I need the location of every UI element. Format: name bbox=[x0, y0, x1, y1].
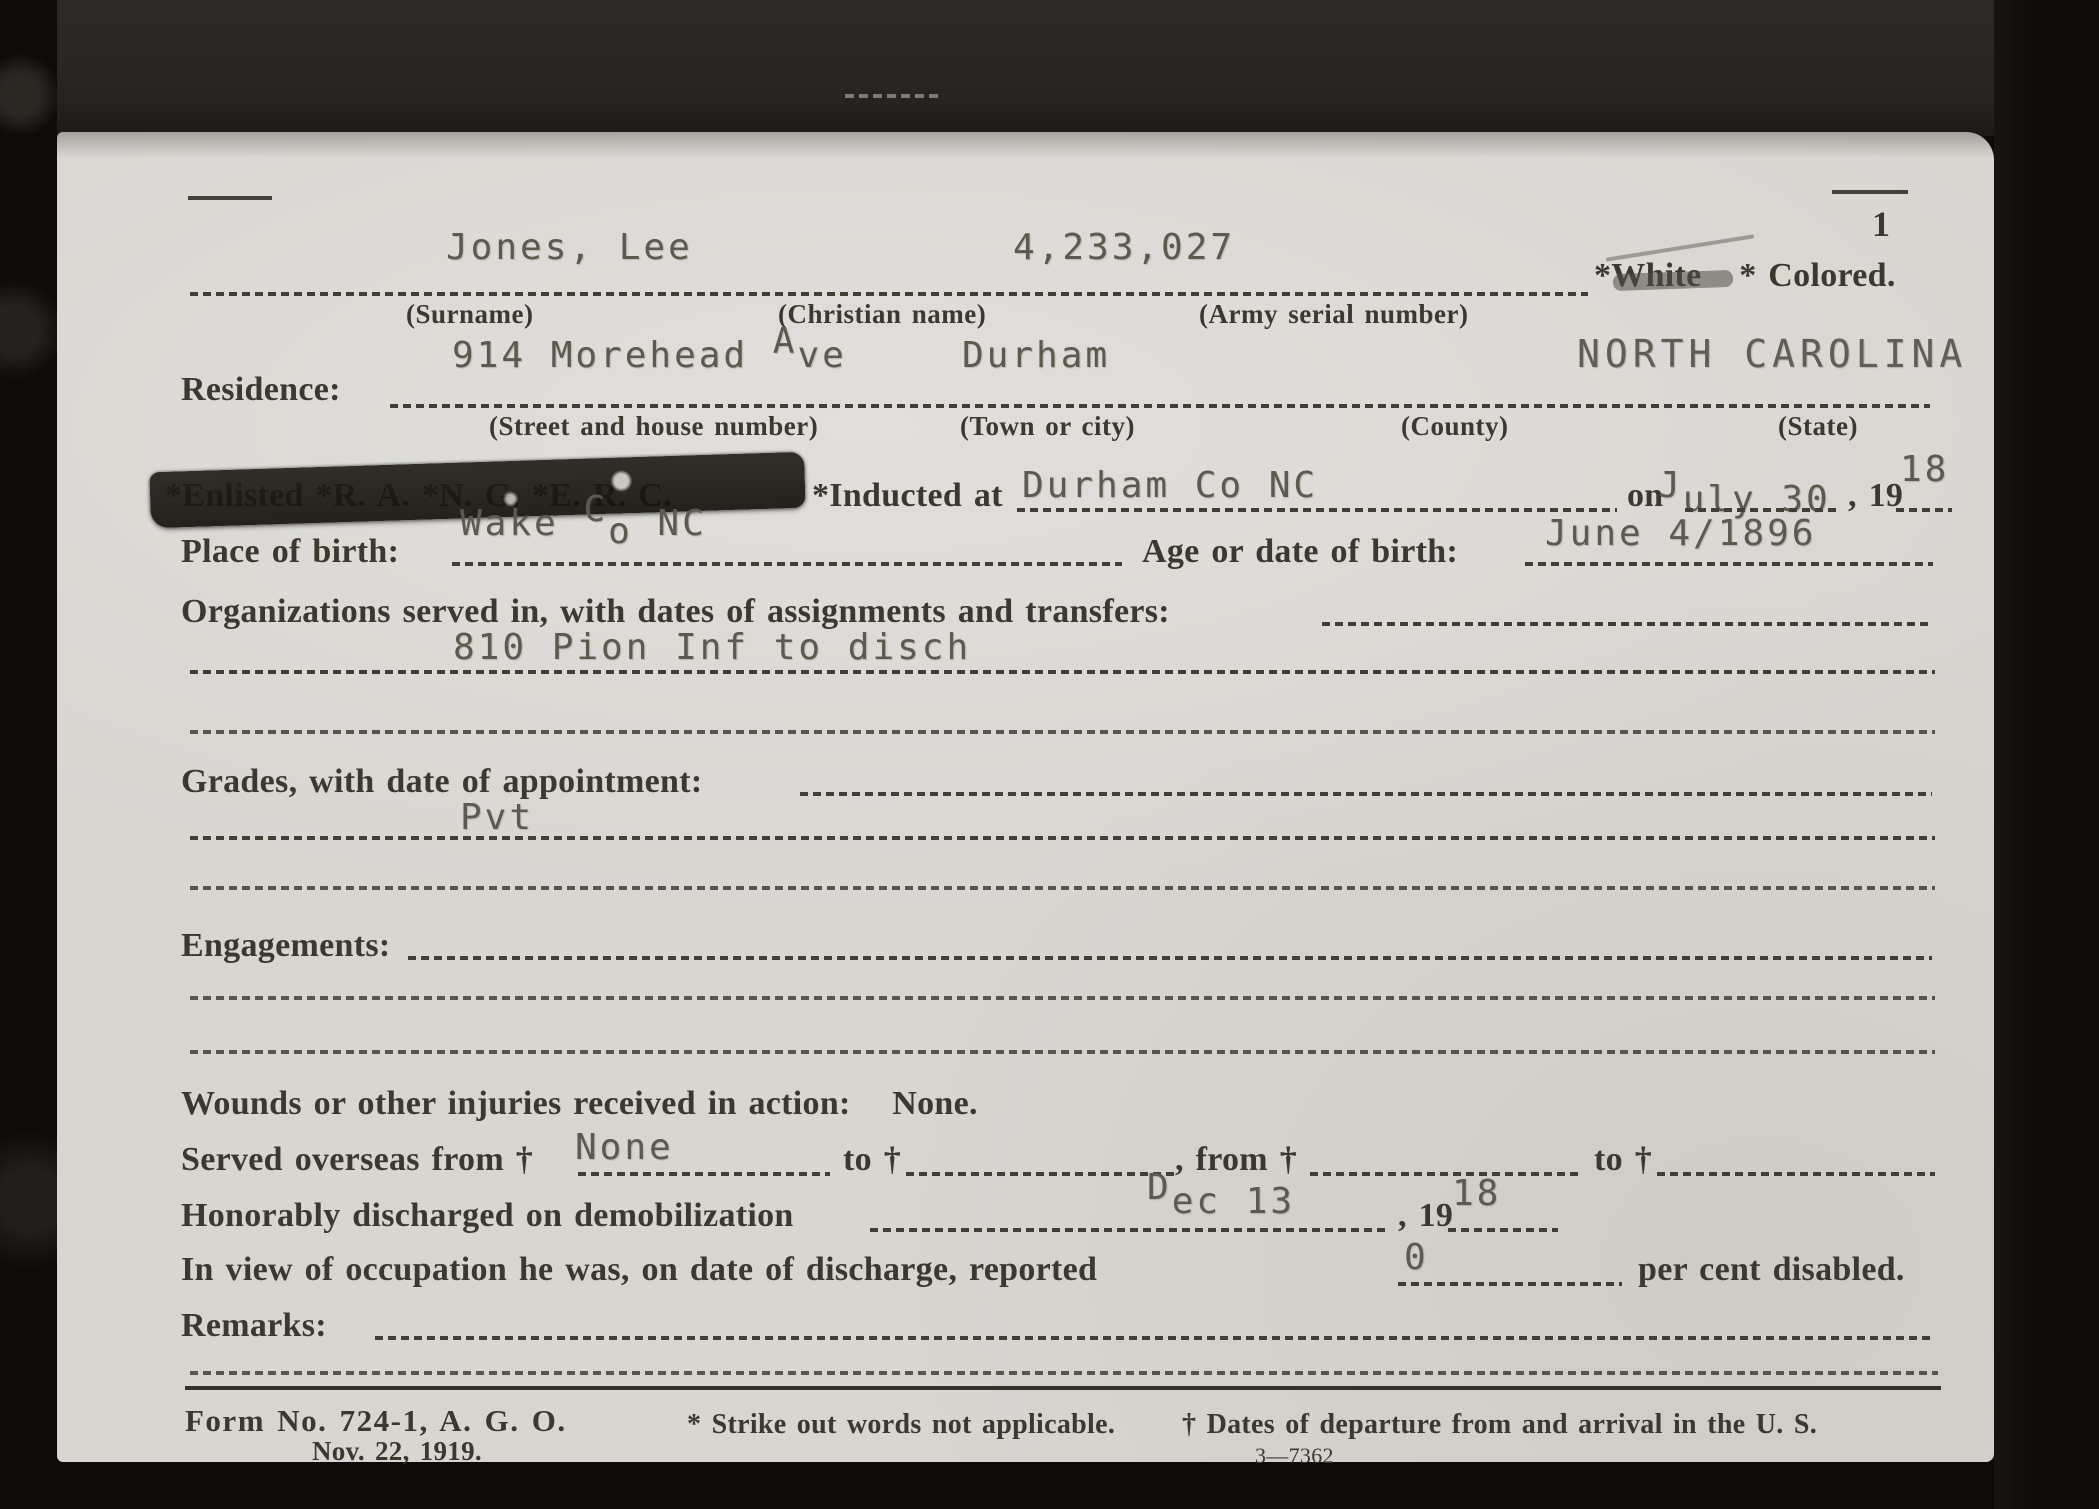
age-line bbox=[1525, 562, 1933, 566]
county-label: (County) bbox=[1401, 412, 1509, 440]
town-label: (Town or city) bbox=[960, 412, 1135, 440]
birth-place-lowered-letter: o bbox=[608, 511, 633, 552]
discharge-date-rest: ec 13 bbox=[1172, 1181, 1295, 1222]
footer-rule bbox=[185, 1386, 1941, 1390]
induction-place-line bbox=[1017, 508, 1617, 512]
place-of-birth-label: Place of birth: bbox=[181, 534, 399, 570]
engagements-line-1 bbox=[408, 956, 1932, 960]
organizations-value: 810 Pion Inf to disch bbox=[453, 630, 971, 666]
residence-label: Residence: bbox=[181, 372, 341, 408]
discharge-line bbox=[870, 1228, 1390, 1232]
disability-suffix: per cent disabled. bbox=[1638, 1252, 1905, 1288]
overseas-line-2 bbox=[906, 1172, 1177, 1176]
scan-right-margin bbox=[1994, 0, 2099, 1509]
discharge-date-value: Dec 13 bbox=[1147, 1184, 1295, 1220]
residence-line bbox=[390, 404, 1930, 408]
overseas-label: Served overseas from † bbox=[181, 1142, 533, 1178]
overseas-to1-label: to † bbox=[843, 1142, 901, 1178]
grades-line-3 bbox=[190, 886, 1935, 890]
disability-label: In view of occupation he was, on date of… bbox=[181, 1252, 1097, 1288]
engagements-line-3 bbox=[190, 1050, 1935, 1054]
overseas-to2-label: to † bbox=[1594, 1142, 1652, 1178]
place-of-birth-line bbox=[452, 562, 1122, 566]
discharge-date-raised-letter: D bbox=[1147, 1167, 1172, 1208]
discharge-year-line bbox=[1448, 1228, 1558, 1232]
wounds-label: Wounds or other injuries received in act… bbox=[181, 1085, 851, 1122]
overseas-from2-label: , from † bbox=[1175, 1142, 1297, 1178]
discharge-year-value: 18 bbox=[1452, 1176, 1501, 1212]
wounds-row: Wounds or other injuries received in act… bbox=[181, 1086, 978, 1122]
birth-place-main: Wake bbox=[460, 503, 583, 544]
service-record-card: Jones, Lee 4,233,027 1 *White * Colored.… bbox=[57, 132, 1994, 1462]
induction-date-line bbox=[1685, 508, 1840, 512]
street-address-raised-letter: A bbox=[773, 321, 798, 362]
discharge-label: Honorably discharged on demobilization bbox=[181, 1198, 794, 1234]
organizations-line-1 bbox=[1322, 622, 1932, 626]
state-label: (State) bbox=[1778, 412, 1858, 440]
strike-out-note: * Strike out words not applicable. bbox=[687, 1410, 1115, 1439]
town-value: Durham bbox=[962, 338, 1110, 374]
christian-name-label: (Christian name) bbox=[778, 300, 986, 328]
disability-line bbox=[1398, 1282, 1622, 1286]
print-code: 3—7362 bbox=[1255, 1444, 1334, 1467]
soldier-name: Jones, Lee bbox=[446, 230, 693, 266]
birth-date-value: June 4/1896 bbox=[1545, 516, 1816, 552]
name-line bbox=[190, 292, 1588, 296]
overseas-line-1 bbox=[578, 1172, 830, 1176]
state-stamp: NORTH CAROLINA bbox=[1577, 332, 1967, 376]
scan-edge-artifact bbox=[845, 94, 941, 98]
page-number: 1 bbox=[1872, 206, 1890, 244]
army-serial-number-label: (Army serial number) bbox=[1199, 300, 1468, 328]
wounds-value: None. bbox=[892, 1085, 978, 1122]
remarks-line-1 bbox=[375, 1336, 1930, 1340]
dagger-note: † Dates of departure from and arrival in… bbox=[1182, 1410, 1817, 1439]
inducted-at-label: *Inducted at bbox=[812, 478, 1003, 514]
birth-place-rest: NC bbox=[633, 503, 707, 544]
header-left-rule bbox=[188, 196, 272, 200]
discharge-year-print: , 19 bbox=[1398, 1198, 1453, 1234]
army-serial-number: 4,233,027 bbox=[1013, 230, 1235, 266]
race-colored-label: * Colored. bbox=[1739, 257, 1895, 294]
grades-label: Grades, with date of appointment: bbox=[181, 764, 703, 800]
overseas-from-value: None bbox=[575, 1130, 674, 1166]
organizations-line-3 bbox=[190, 730, 1935, 734]
organizations-line-2 bbox=[190, 670, 1935, 674]
engagements-line-2 bbox=[190, 996, 1935, 1000]
birth-place-raised-letter: C bbox=[583, 489, 608, 530]
age-label: Age or date of birth: bbox=[1142, 534, 1458, 570]
street-address-suffix: ve bbox=[797, 335, 846, 376]
street-address-main: 914 Morehead bbox=[452, 335, 773, 376]
induction-year-value: 18 bbox=[1900, 452, 1949, 488]
induction-date-raised-letter: J bbox=[1658, 465, 1683, 506]
remarks-line-2 bbox=[190, 1371, 1938, 1375]
induction-year-print: , 19 bbox=[1848, 478, 1903, 514]
organizations-label: Organizations served in, with dates of a… bbox=[181, 594, 1170, 630]
form-number: Form No. 724-1, A. G. O. bbox=[185, 1405, 567, 1438]
page-number-rule bbox=[1832, 190, 1908, 194]
disability-value: 0 bbox=[1404, 1240, 1429, 1276]
street-label: (Street and house number) bbox=[489, 412, 818, 440]
engagements-label: Engagements: bbox=[181, 928, 390, 964]
induction-place-value: Durham Co NC bbox=[1022, 468, 1318, 504]
grades-value: Pvt bbox=[460, 800, 534, 836]
street-address-value: 914 Morehead Ave bbox=[452, 338, 847, 374]
scan-top-margin bbox=[57, 0, 2017, 136]
overseas-line-3 bbox=[1310, 1172, 1581, 1176]
overseas-line-4 bbox=[1657, 1172, 1935, 1176]
form-date: Nov. 22, 1919. bbox=[312, 1437, 482, 1465]
surname-label: (Surname) bbox=[406, 300, 534, 328]
place-of-birth-value: Wake Co NC bbox=[460, 506, 707, 542]
induction-year-line bbox=[1896, 508, 1952, 512]
grades-line-2 bbox=[190, 836, 1935, 840]
grades-line-1 bbox=[800, 792, 1932, 796]
remarks-label: Remarks: bbox=[181, 1308, 327, 1344]
